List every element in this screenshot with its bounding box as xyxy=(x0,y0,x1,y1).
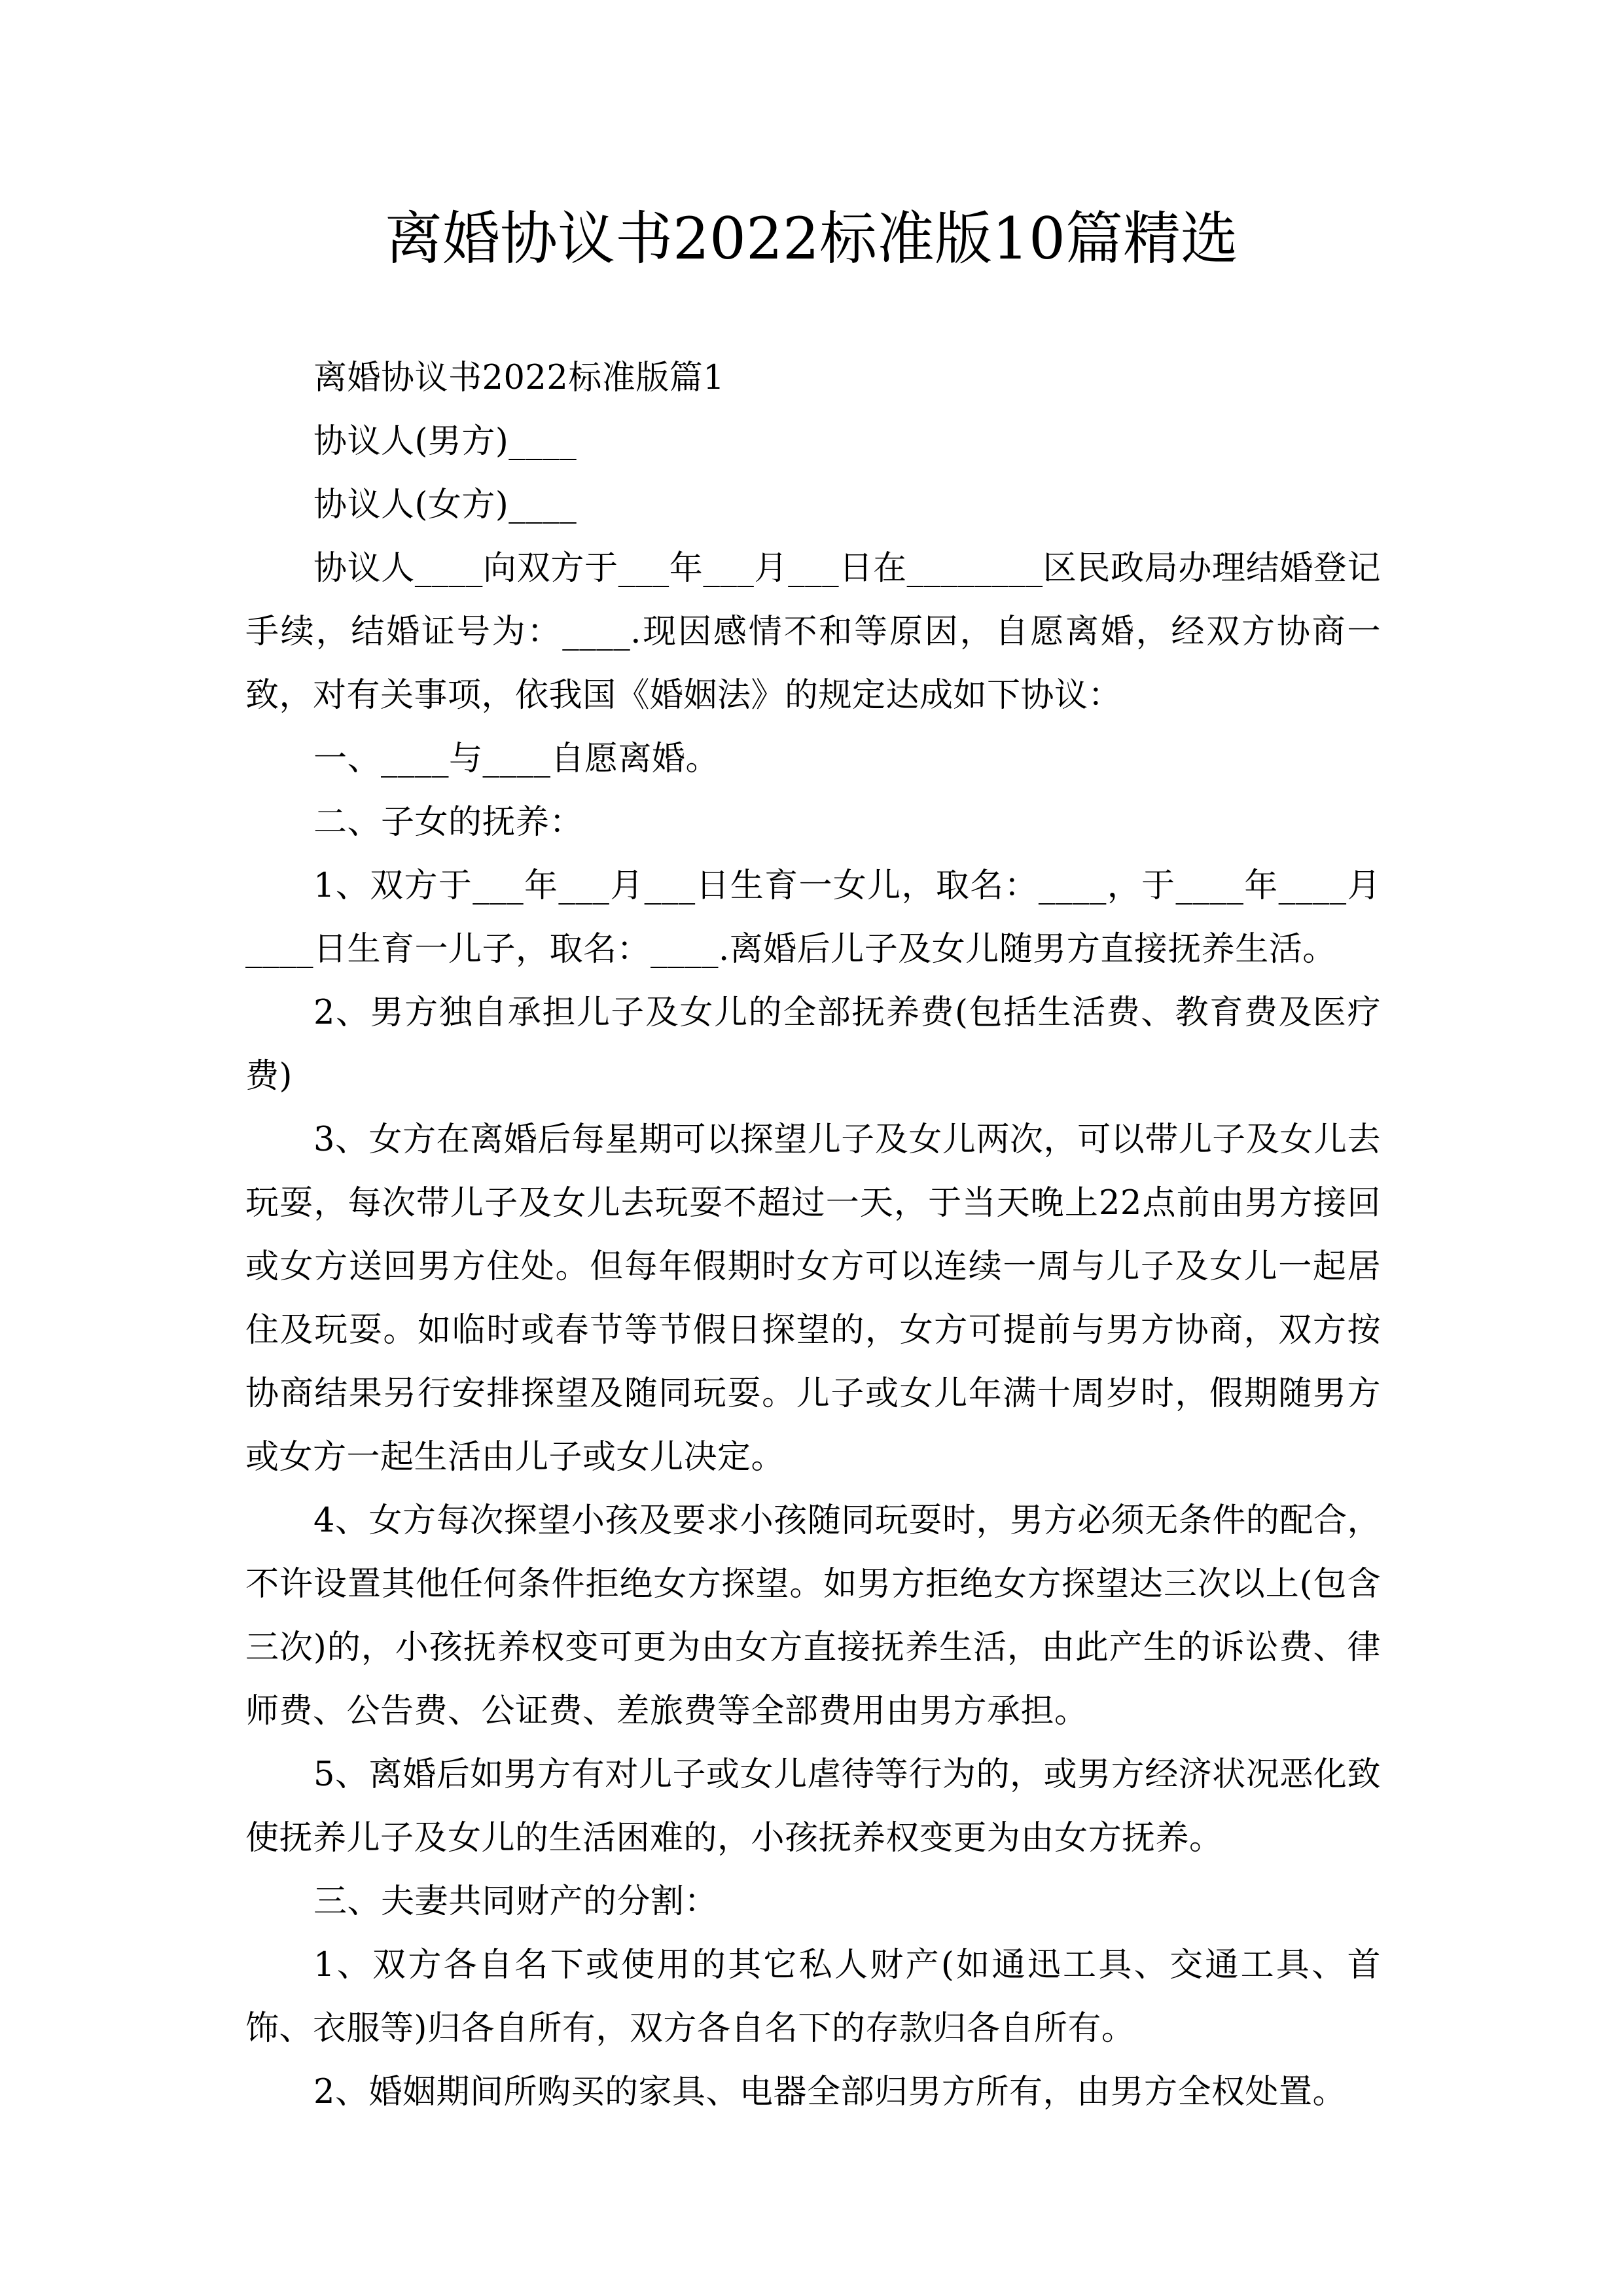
clause-3-item-2: 2、婚姻期间所购买的家具、电器全部归男方所有，由男方全权处置。 xyxy=(245,2060,1381,2124)
clause-2-item-1: 1、双方于___年___月___日生育一女儿，取名：____，于____年___… xyxy=(245,854,1381,981)
clause-3-heading-property: 三、夫妻共同财产的分割： xyxy=(245,1870,1381,1933)
clause-1-divorce: 一、____与____自愿离婚。 xyxy=(245,727,1381,791)
document-body: 离婚协议书2022标准版篇1 协议人(男方)____ 协议人(女方)____ 协… xyxy=(245,346,1381,2124)
clause-2-item-4: 4、女方每次探望小孩及要求小孩随同玩耍时，男方必须无条件的配合，不许设置其他任何… xyxy=(245,1489,1381,1743)
document-title: 离婚协议书2022标准版10篇精选 xyxy=(0,200,1623,278)
clause-2-item-5: 5、离婚后如男方有对儿子或女儿虐待等行为的，或男方经济状况恶化致使抚养儿子及女儿… xyxy=(245,1743,1381,1870)
document-page: 离婚协议书2022标准版10篇精选 离婚协议书2022标准版篇1 协议人(男方)… xyxy=(0,0,1623,2296)
preamble-paragraph: 协议人____向双方于___年___月___日在________区民政局办理结婚… xyxy=(245,537,1381,727)
clause-2-item-3: 3、女方在离婚后每星期可以探望儿子及女儿两次，可以带儿子及女儿去玩耍，每次带儿子… xyxy=(245,1108,1381,1489)
clause-3-item-1: 1、双方各自名下或使用的其它私人财产(如通迅工具、交通工具、首饰、衣服等)归各自… xyxy=(245,1933,1381,2060)
section-heading: 离婚协议书2022标准版篇1 xyxy=(245,346,1381,410)
clause-2-heading-child-custody: 二、子女的抚养： xyxy=(245,791,1381,854)
party-male-line: 协议人(男方)____ xyxy=(245,410,1381,473)
party-female-line: 协议人(女方)____ xyxy=(245,473,1381,537)
clause-2-item-2: 2、男方独自承担儿子及女儿的全部抚养费(包括生活费、教育费及医疗费) xyxy=(245,981,1381,1108)
